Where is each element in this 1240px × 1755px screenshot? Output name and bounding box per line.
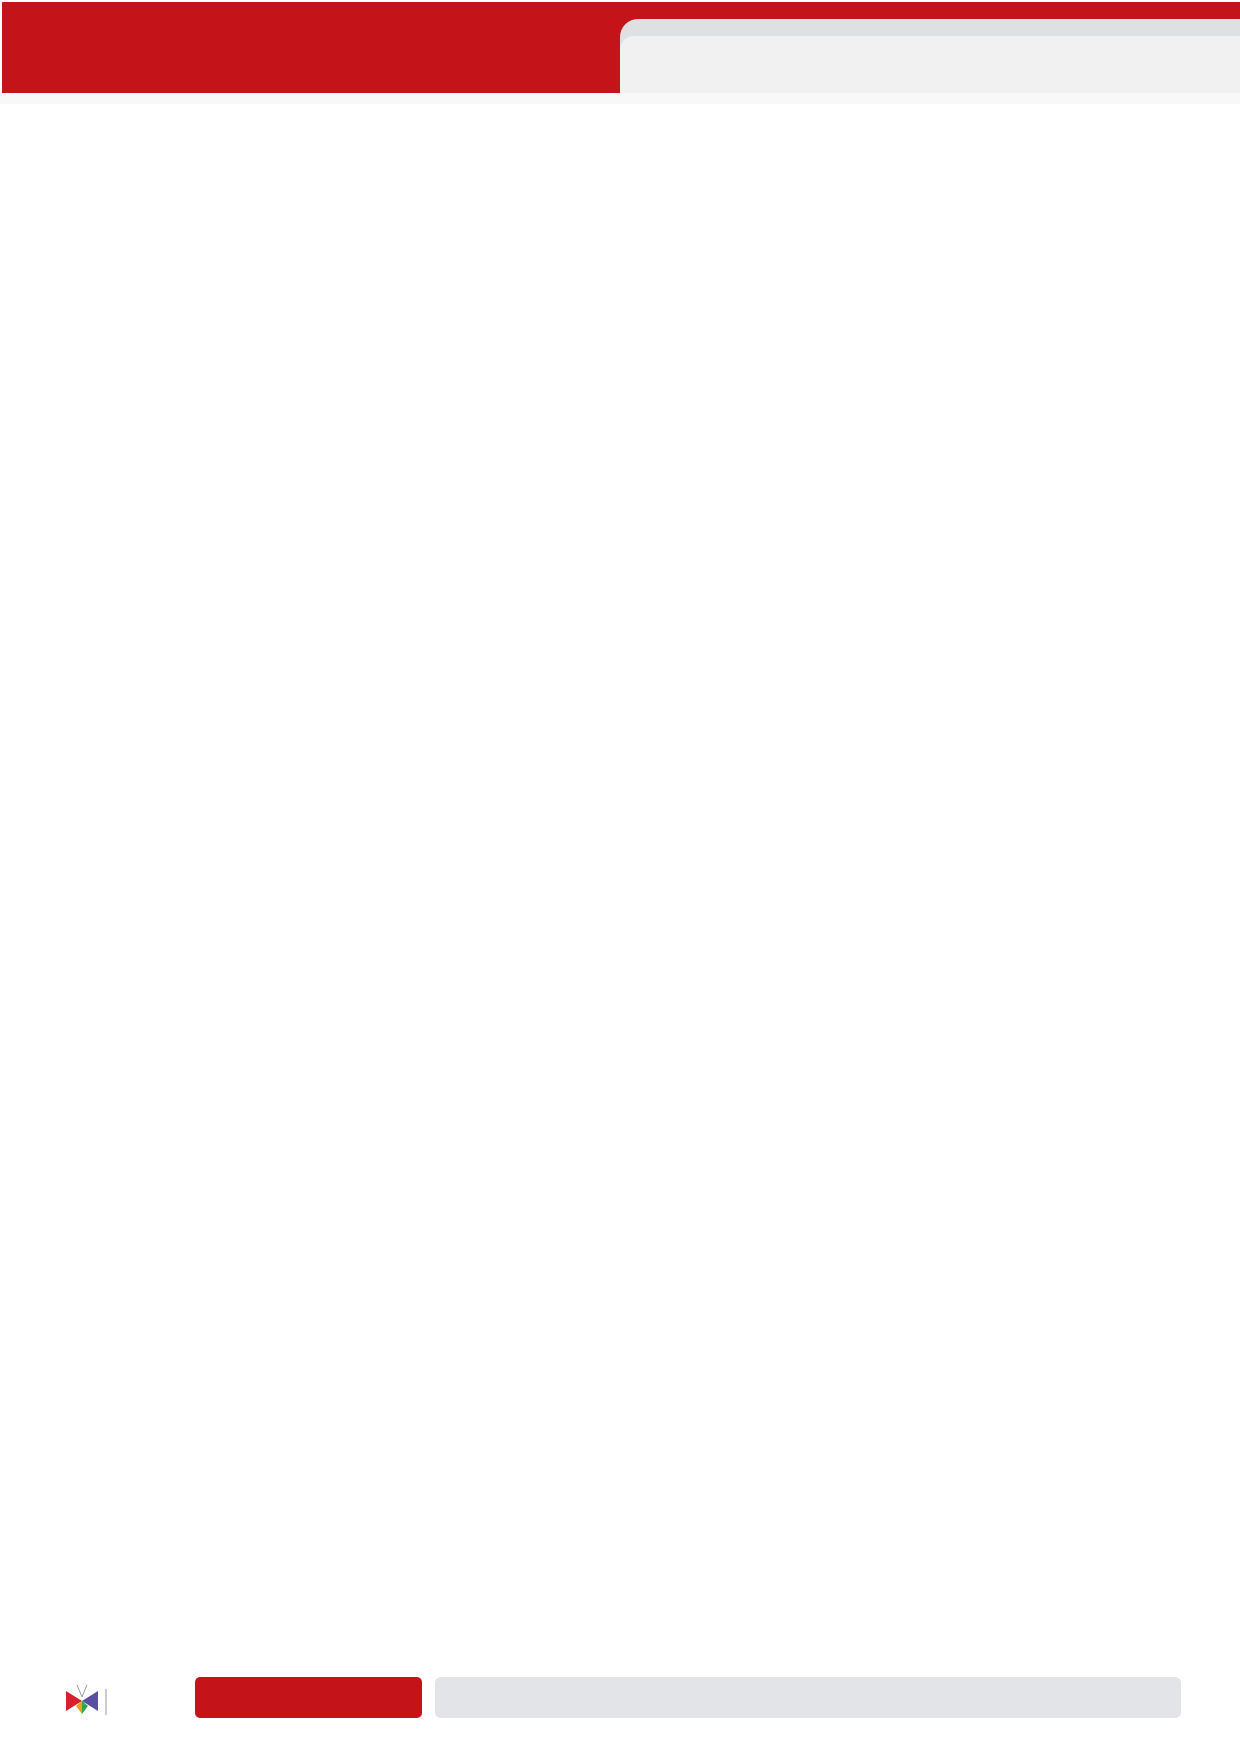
footer-note <box>435 1677 1181 1718</box>
header-strip <box>0 93 1240 104</box>
website-button[interactable] <box>195 1677 422 1718</box>
acti-logo <box>66 1683 186 1719</box>
header-tab-inner <box>620 36 1240 93</box>
acti-butterfly-icon <box>66 1683 186 1719</box>
